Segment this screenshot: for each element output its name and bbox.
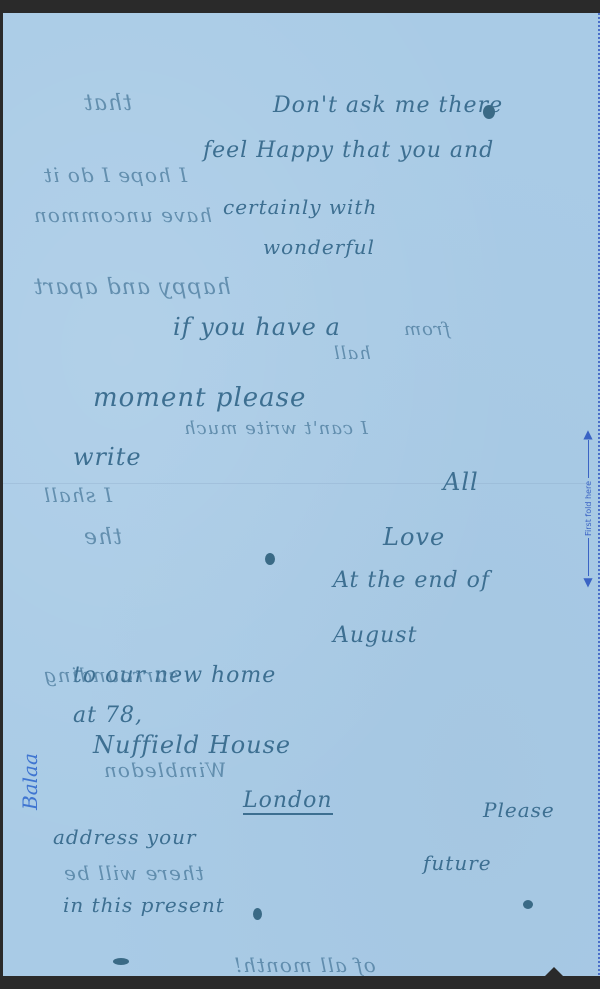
handwriting-line: feel Happy that you and xyxy=(203,138,494,163)
handwriting-line: future xyxy=(423,851,492,875)
ink-blot xyxy=(523,900,533,909)
bleed-through-text: Wimbledon xyxy=(103,758,226,782)
arrow-up-icon: ▲ xyxy=(583,428,592,440)
bleed-through-text: I hope I do it xyxy=(43,163,187,187)
ink-blot xyxy=(253,908,262,920)
bleed-through-text: hall xyxy=(333,343,371,364)
handwriting-line: August xyxy=(333,623,417,648)
fold-marker-line xyxy=(588,538,589,576)
bleed-through-text: have uncommon xyxy=(33,203,212,227)
margin-annotation-balaa: Balaa xyxy=(18,753,42,810)
handwriting-line: Nuffield House xyxy=(93,731,291,759)
bleed-through-text: I shall xyxy=(43,483,112,507)
arrow-down-icon: ▼ xyxy=(583,576,592,588)
handwriting-line: certainly with xyxy=(223,195,377,219)
handwriting-line: Love xyxy=(383,523,445,551)
handwriting-line: address your xyxy=(53,825,197,849)
torn-edge xyxy=(545,967,563,976)
ink-blot xyxy=(483,105,495,119)
ink-blot xyxy=(265,553,275,565)
bleed-through-text: happy and apart xyxy=(33,275,231,300)
bleed-through-text: the xyxy=(83,525,122,550)
bleed-through-text: that xyxy=(83,91,132,116)
handwriting-line: All xyxy=(443,468,479,496)
handwriting-line-underlined: London xyxy=(243,788,333,815)
bleed-through-text: from xyxy=(403,319,450,340)
ink-blot xyxy=(113,958,129,965)
first-fold-here-marker: ▲ First fold here ▼ xyxy=(578,428,598,588)
handwriting-line: in this present xyxy=(63,893,225,917)
bleed-through-text: there will be xyxy=(63,861,204,885)
bleed-through-text: I can't write much xyxy=(183,418,368,439)
handwriting-line: moment please xyxy=(93,383,306,413)
handwriting-line: at 78, xyxy=(73,703,143,728)
handwriting-line: At the end of xyxy=(333,568,490,593)
handwriting-line: Please xyxy=(483,798,555,822)
handwriting-line: Don't ask me there xyxy=(273,93,503,118)
fold-label-text: First fold here xyxy=(584,478,593,539)
handwriting-line: if you have a xyxy=(173,313,341,341)
bleed-through-text: of all month! xyxy=(233,953,376,977)
bleed-through-text: surrounding xyxy=(43,663,179,687)
handwriting-line: write xyxy=(73,443,142,471)
fold-marker-line xyxy=(588,440,589,478)
letter-paper: ▲ First fold here ▼ Don't ask me there f… xyxy=(3,13,600,976)
handwriting-line: wonderful xyxy=(263,235,375,259)
